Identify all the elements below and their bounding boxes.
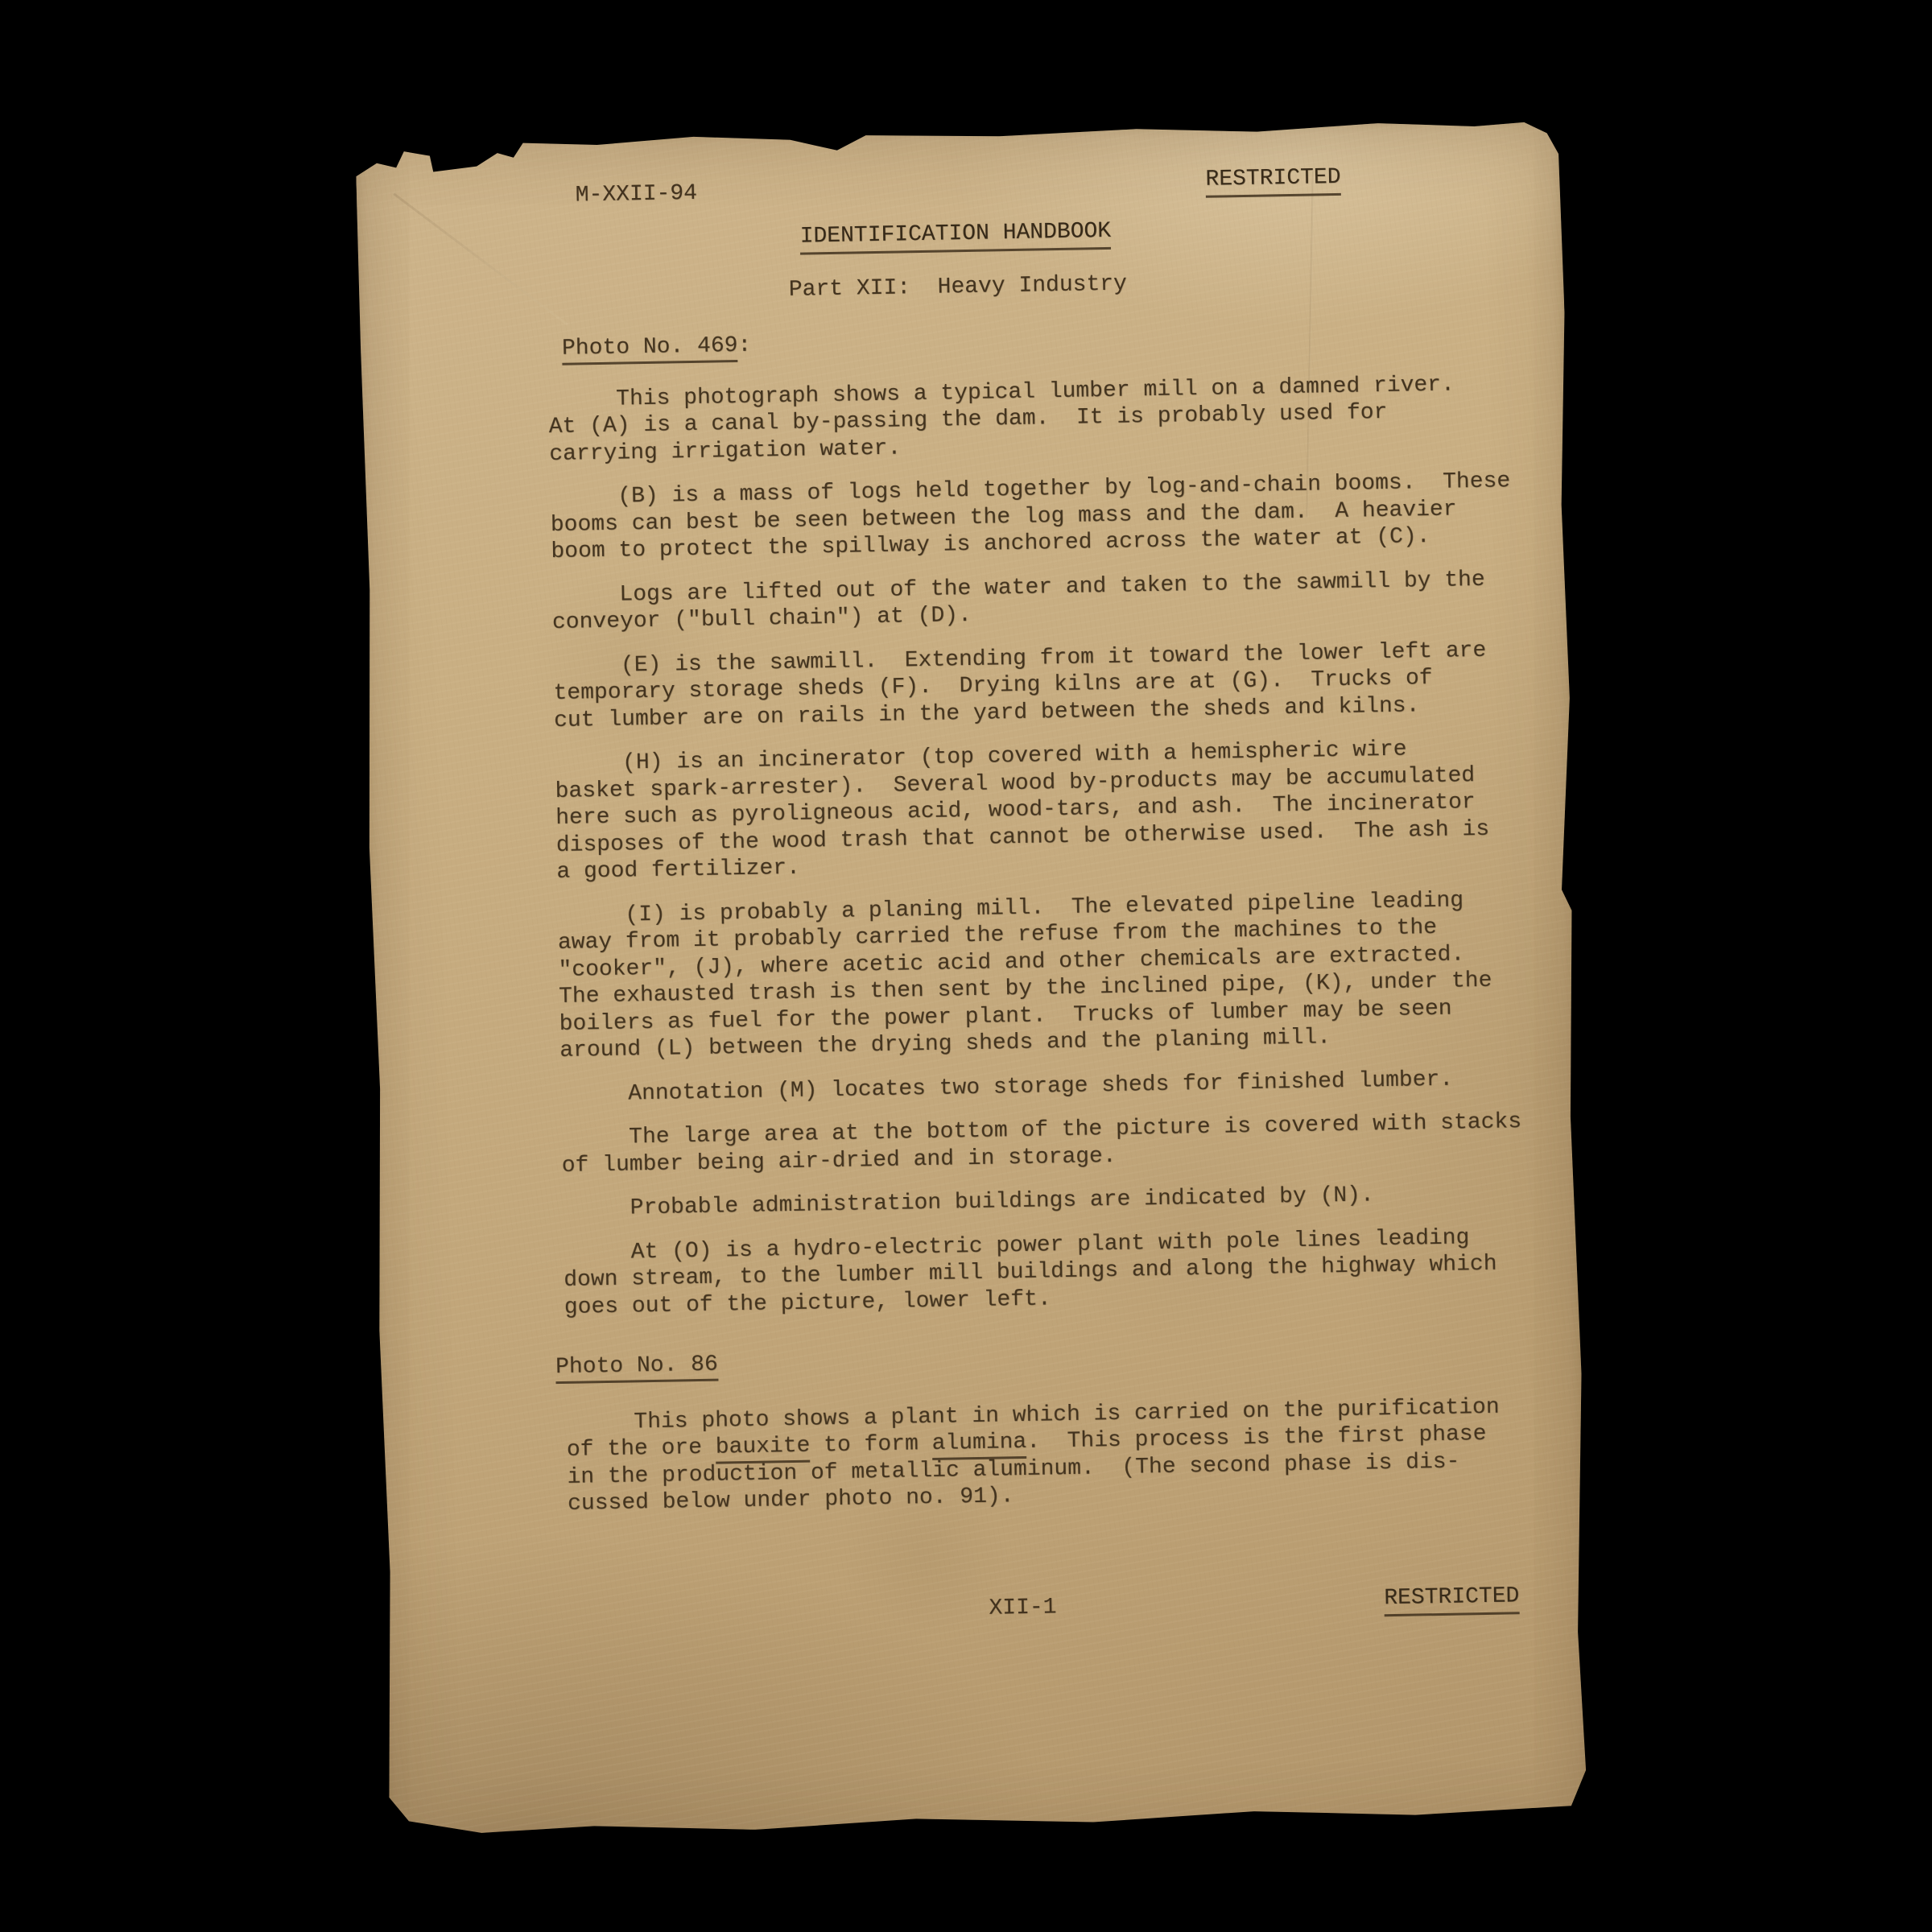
section-heading-photo-469: Photo No. 469: bbox=[562, 319, 1539, 363]
document-page: M-XXII-94 RESTRICTED IDENTIFICATION HAND… bbox=[356, 118, 1591, 1856]
classification-banner-bottom: RESTRICTED bbox=[1384, 1583, 1520, 1616]
document-title: IDENTIFICATION HANDBOOK bbox=[799, 218, 1111, 254]
paragraph-bull-chain: Logs are lifted out of the water and tak… bbox=[551, 565, 1544, 636]
paragraph-sawmill: (E) is the sawmill. Extending from it to… bbox=[553, 636, 1546, 734]
term-bauxite: bauxite bbox=[716, 1434, 811, 1464]
term-alumina: alumina bbox=[931, 1430, 1026, 1460]
footer-page-number: XII-1 bbox=[989, 1594, 1057, 1622]
paragraph-power-plant: At (O) is a hydro-electric power plant w… bbox=[563, 1223, 1556, 1321]
paper-crease bbox=[393, 193, 568, 326]
paragraph-lumber-stacks: The large area at the bottom of the pict… bbox=[561, 1108, 1554, 1179]
paragraph-administration: Probable administration buildings are in… bbox=[562, 1179, 1554, 1223]
paragraph-incinerator: (H) is an incinerator (top covered with … bbox=[555, 734, 1549, 886]
paragraph-log-booms: (B) is a mass of logs held together by l… bbox=[550, 468, 1543, 566]
paragraph-annotation-m: Annotation (M) locates two storage sheds… bbox=[560, 1064, 1552, 1108]
section-heading-photo-86: Photo No. 86 bbox=[555, 1336, 1557, 1381]
paragraph-segment: to form bbox=[810, 1431, 932, 1459]
section-heading-colon: : bbox=[737, 333, 751, 358]
document-subtitle: Part XII: Heavy Industry bbox=[789, 271, 1128, 304]
section-heading-label: Photo No. 86 bbox=[555, 1352, 718, 1385]
paragraph-bauxite: This photo shows a plant in which is car… bbox=[566, 1393, 1559, 1517]
classification-banner-top: RESTRICTED bbox=[1205, 164, 1341, 197]
paragraph-planing-mill: (I) is probably a planing mill. The elev… bbox=[557, 885, 1551, 1064]
paragraph-canal: This photograph shows a typical lumber m… bbox=[548, 369, 1542, 468]
document-body: Photo No. 469: This photograph shows a t… bbox=[547, 319, 1560, 1535]
document-number: M-XXII-94 bbox=[575, 180, 697, 209]
photo-background: M-XXII-94 RESTRICTED IDENTIFICATION HAND… bbox=[0, 0, 1932, 1932]
section-heading-label: Photo No. 469 bbox=[562, 333, 738, 365]
